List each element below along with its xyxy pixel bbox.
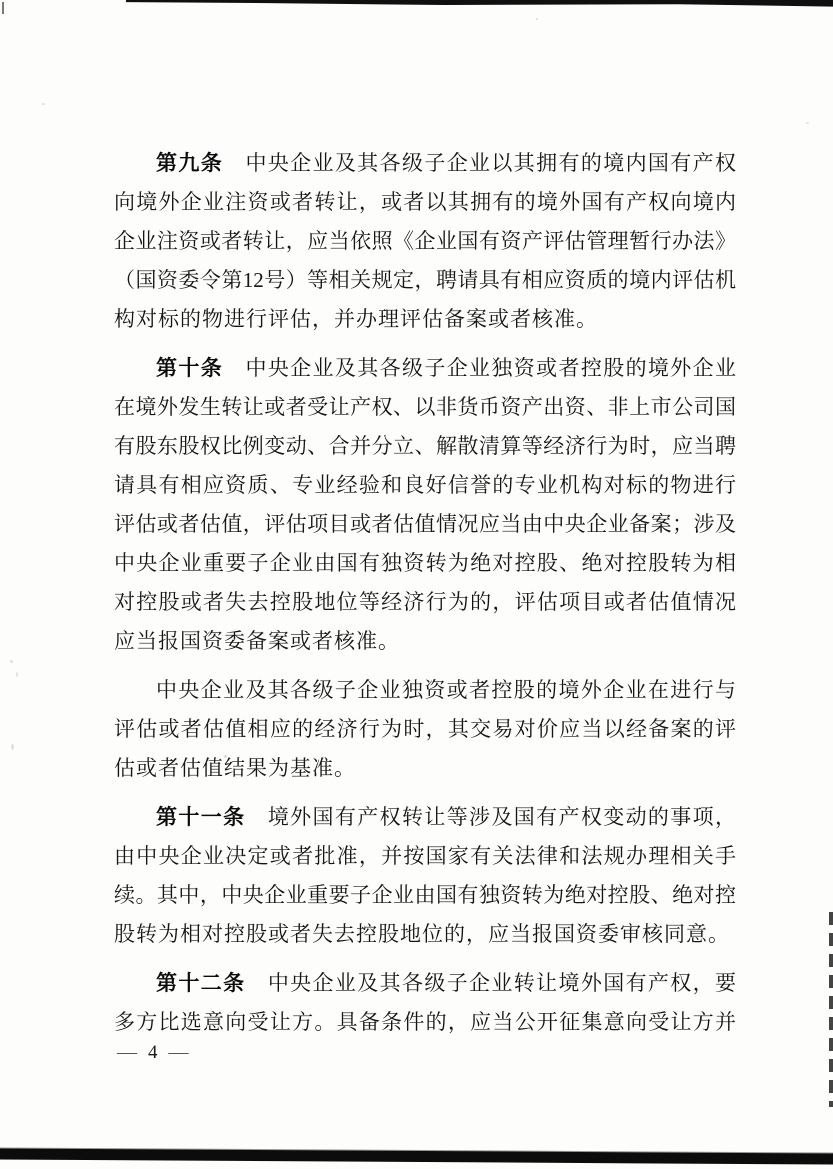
text-line: 在境外发生转让或者受让产权、以非货币资产出资、非上市公司国 (114, 388, 736, 427)
text-line: 第九条 中央企业及其各级子企业以其拥有的境内国有产权 (114, 144, 736, 183)
article-number: 第九条 (156, 152, 223, 175)
page-number-dash-left: — (117, 1041, 137, 1063)
article-9: 第九条 中央企业及其各级子企业以其拥有的境内国有产权向境外企业注资或者转让，或者… (114, 144, 736, 339)
scan-speck (42, 103, 45, 105)
scan-speck-tick (2, 2, 4, 14)
text-line: 评估或者估值相应的经济行为时，其交易对价应当以经备案的评 (114, 710, 736, 749)
scan-speck (16, 672, 18, 677)
page-footer: —4— (117, 1041, 189, 1064)
text-line: 由中央企业决定或者批准，并按国家有关法律和法规办理相关手 (114, 837, 736, 876)
page-number-dash-right: — (169, 1041, 189, 1063)
text-line: 应当报国资委备案或者核准。 (114, 622, 736, 661)
article-10-paragraph-2: 中央企业及其各级子企业独资或者控股的境外企业在进行与评估或者估值相应的经济行为时… (114, 671, 736, 788)
article-number: 第十二条 (156, 972, 245, 995)
document-body: 第九条 中央企业及其各级子企业以其拥有的境内国有产权向境外企业注资或者转让，或者… (114, 144, 736, 1052)
page-number-value: 4 (148, 1042, 158, 1063)
text-line: 中央企业及其各级子企业独资或者控股的境外企业在进行与 (114, 671, 736, 710)
text-line: 企业注资或者转让，应当依照《企业国有资产评估管理暂行办法》 (114, 222, 736, 261)
scan-edge-artifact-right (829, 912, 833, 1107)
text-line: 多方比选意向受让方。具备条件的，应当公开征集意向受让方并 (114, 1003, 736, 1042)
scan-speck (10, 660, 13, 663)
scan-speck (806, 122, 809, 124)
scan-speck (11, 744, 14, 750)
text-line: 续。其中，中央企业重要子企业由国有独资转为绝对控股、绝对控 (114, 876, 736, 915)
scanned-document-page: 第九条 中央企业及其各级子企业以其拥有的境内国有产权向境外企业注资或者转让，或者… (0, 0, 833, 1169)
scan-speck (536, 18, 538, 20)
text-line: 对控股或者失去控股地位等经济行为的，评估项目或者估值情况 (114, 583, 736, 622)
text-line: 第十条 中央企业及其各级子企业独资或者控股的境外企业 (114, 349, 736, 388)
text-line: 向境外企业注资或者转让，或者以其拥有的境外国有产权向境内 (114, 183, 736, 222)
text-line: 估或者估值结果为基准。 (114, 749, 736, 788)
scan-edge-artifact-top (126, 0, 833, 7)
text-line: 有股东股权比例变动、合并分立、解散清算等经济行为时，应当聘 (114, 427, 736, 466)
text-line: 构对标的物进行评估，并办理评估备案或者核准。 (114, 300, 736, 339)
text-line: 请具有相应资质、专业经验和良好信誉的专业机构对标的物进行 (114, 466, 736, 505)
article-number: 第十条 (156, 357, 223, 380)
scan-edge-artifact-bottom (0, 1148, 833, 1164)
text-line: 评估或者估值，评估项目或者估值情况应当由中央企业备案；涉及 (114, 505, 736, 544)
article-10: 第十条 中央企业及其各级子企业独资或者控股的境外企业在境外发生转让或者受让产权、… (114, 349, 736, 661)
text-line: 第十二条 中央企业及其各级子企业转让境外国有产权，要 (114, 964, 736, 1003)
article-11: 第十一条 境外国有产权转让等涉及国有产权变动的事项，由中央企业决定或者批准，并按… (114, 798, 736, 954)
text-line: 第十一条 境外国有产权转让等涉及国有产权变动的事项， (114, 798, 736, 837)
text-line: 中央企业重要子企业由国有独资转为绝对控股、绝对控股转为相 (114, 544, 736, 583)
article-12: 第十二条 中央企业及其各级子企业转让境外国有产权，要多方比选意向受让方。具备条件… (114, 964, 736, 1042)
article-number: 第十一条 (156, 806, 245, 829)
text-line: （国资委令第12号）等相关规定，聘请具有相应资质的境内评估机 (114, 261, 736, 300)
text-line: 股转为相对控股或者失去控股地位的，应当报国资委审核同意。 (114, 915, 736, 954)
